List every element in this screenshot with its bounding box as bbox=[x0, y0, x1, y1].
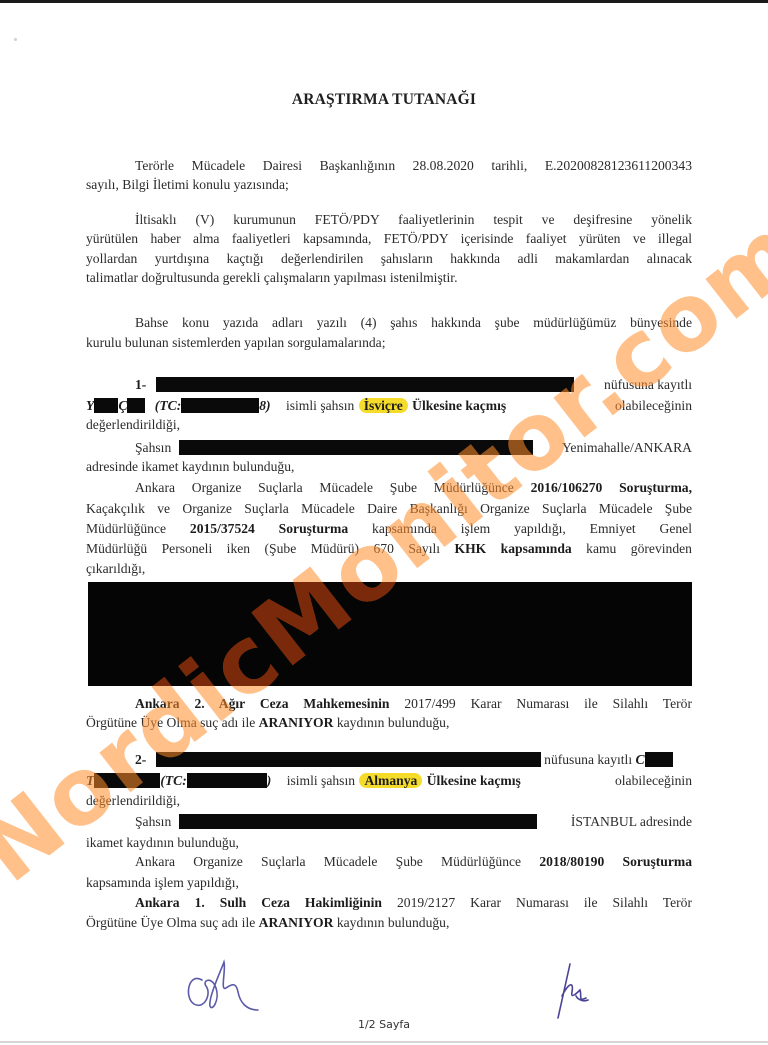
khk-text: KHK kapsamında bbox=[455, 541, 572, 556]
name-initial: C bbox=[636, 752, 645, 767]
redaction bbox=[179, 440, 533, 455]
person1-address: Şahsın Yenimahalle/ANKARA bbox=[135, 439, 692, 456]
case-number: 2016/106270 Soruşturma bbox=[531, 480, 689, 495]
person2-line-1: 2- nüfusuna kayıtlı C bbox=[135, 751, 703, 768]
court-name: Ankara 1. Sulh Ceza Hakimliğinin bbox=[135, 895, 382, 910]
para2-line-2: yürütülen haber alma faaliyetleri kapsam… bbox=[86, 230, 692, 247]
text: 2017/499 Karar Numarası ile Silahlı Terö… bbox=[404, 696, 692, 711]
text: kaydının bulunduğu, bbox=[337, 715, 450, 730]
redaction bbox=[181, 398, 259, 413]
person2-registry: nüfusuna kayıtlı bbox=[544, 752, 632, 767]
text: Örgütüne Üye Olma suç adı ile bbox=[86, 715, 255, 730]
name-initial: Ç bbox=[118, 398, 127, 413]
person2-line-2: T(TC:) isimli şahsın Almanya Ülkesine ka… bbox=[86, 772, 692, 789]
court-name: Ankara 2. Ağır Ceza Mahkemesinin bbox=[135, 696, 389, 711]
para2-line-1: İltisaklı (V) kurumunun FETÖ/PDY faaliye… bbox=[135, 211, 692, 228]
person1-line-2: YÇ (TC:8) isimli şahsın İsviçre Ülkesine… bbox=[86, 397, 692, 414]
text: kamu görevinden bbox=[586, 541, 692, 556]
address-tail: Yenimahalle/ANKARA bbox=[562, 439, 692, 456]
para3-line-1: Bahse konu yazıda adları yazılı (4) şahı… bbox=[135, 314, 692, 331]
redaction bbox=[187, 773, 267, 788]
intro-line-2: sayılı, Bilgi İletimi konulu yazısında; bbox=[86, 176, 289, 193]
highlight-country: İsviçre bbox=[359, 398, 408, 413]
redaction bbox=[179, 814, 537, 829]
intro-line-1: Terörle Mücadele Dairesi Başkanlığının 2… bbox=[86, 157, 692, 174]
person1-line-1: 1- nüfusuna kayıtlı bbox=[135, 376, 692, 393]
page-number: 1/2 Sayfa bbox=[0, 1018, 768, 1031]
person1-address-line-2: adresinde ikamet kaydının bulunduğu, bbox=[86, 458, 294, 475]
address-label: Şahsın bbox=[135, 440, 171, 455]
person1-court-2: Örgütüne Üye Olma suç adı ile ARANIYOR k… bbox=[86, 714, 449, 731]
para3-line-2: kurulu bulunan sistemlerden yapılan sorg… bbox=[86, 334, 386, 351]
bottom-border bbox=[0, 1041, 768, 1043]
watermark-over-redaction: NordicMonitor.com bbox=[88, 582, 692, 686]
person1-investigation-1: Ankara Organize Suçlarla Mücadele Şube M… bbox=[135, 479, 692, 496]
country-suffix: Ülkesine kaçmış bbox=[412, 398, 506, 413]
redaction bbox=[94, 773, 160, 788]
text: Ankara Organize Suçlarla Mücadele Şube M… bbox=[135, 480, 514, 495]
person2-court-1: Ankara 1. Sulh Ceza Hakimliğinin 2019/21… bbox=[135, 894, 692, 911]
tc-tail: 8) bbox=[259, 398, 270, 413]
named-person-text: isimli şahsın bbox=[287, 773, 355, 788]
signature-left bbox=[182, 958, 282, 1020]
redaction bbox=[156, 377, 574, 392]
person2-investigation-2: kapsamında işlem yapıldığı, bbox=[86, 874, 239, 891]
person2-address-line-2: ikamet kaydının bulunduğu, bbox=[86, 834, 239, 851]
person2-investigation-1: Ankara Organize Suçlarla Mücadele Şube M… bbox=[135, 853, 692, 870]
person1-registry: nüfusuna kayıtlı bbox=[604, 376, 692, 393]
redaction bbox=[645, 752, 673, 767]
person1-investigation-4: Müdürlüğü Personeli iken (Şube Müdürü) 6… bbox=[86, 540, 692, 557]
tc-label: (TC: bbox=[160, 773, 186, 788]
name-initial: T bbox=[86, 773, 94, 788]
wanted-status: ARANIYOR bbox=[259, 915, 334, 930]
signature-right bbox=[548, 962, 598, 1022]
person1-number: 1- bbox=[135, 377, 146, 392]
person1-court-1: Ankara 2. Ağır Ceza Mahkemesinin 2017/49… bbox=[135, 695, 692, 712]
redaction bbox=[127, 398, 145, 413]
text: , bbox=[689, 480, 692, 495]
case-number: 2018/80190 Soruşturma bbox=[539, 854, 692, 869]
text: Ankara Organize Suçlarla Mücadele Şube M… bbox=[135, 854, 521, 869]
text: 2019/2127 Karar Numarası ile Silahlı Ter… bbox=[397, 895, 692, 910]
highlight-country: Almanya bbox=[359, 773, 422, 788]
address-label: Şahsın bbox=[135, 814, 171, 829]
country-suffix: Ülkesine kaçmış bbox=[427, 773, 521, 788]
redaction bbox=[156, 752, 541, 767]
person1-evaluated: değerlendirildiği, bbox=[86, 416, 180, 433]
person1-investigation-3: Müdürlüğünce 2015/37524 Soruşturma kapsa… bbox=[86, 520, 692, 537]
tail-text: olabileceğinin bbox=[615, 397, 692, 414]
text: kapsamında işlem yapıldığı, Emniyet Gene… bbox=[372, 521, 692, 536]
named-person-text: isimli şahsın bbox=[286, 398, 354, 413]
person2-court-2: Örgütüne Üye Olma suç adı ile ARANIYOR k… bbox=[86, 914, 449, 931]
para2-line-3: yollardan yurtdışına kaçtığı değerlendir… bbox=[86, 250, 692, 267]
tc-tail: ) bbox=[267, 773, 272, 788]
address-tail: İSTANBUL adresinde bbox=[571, 813, 692, 830]
person1-investigation-5: çıkarıldığı, bbox=[86, 560, 145, 577]
tc-label: (TC: bbox=[155, 398, 181, 413]
name-initial: Y bbox=[86, 398, 94, 413]
document-page: ARAŞTIRMA TUTANAĞI Terörle Mücadele Dair… bbox=[0, 0, 768, 1045]
page-title: ARAŞTIRMA TUTANAĞI bbox=[0, 91, 768, 109]
text: Örgütüne Üye Olma suç adı ile bbox=[86, 915, 255, 930]
para2-line-4: talimatlar doğrultusunda gerekli çalışma… bbox=[86, 269, 457, 286]
person1-investigation-2: Kaçakçılık ve Organize Suçlarla Mücadele… bbox=[86, 500, 692, 517]
person2-number: 2- bbox=[135, 752, 146, 767]
redaction bbox=[94, 398, 118, 413]
text: kaydının bulunduğu, bbox=[337, 915, 450, 930]
text: Müdürlüğü Personeli iken (Şube Müdürü) 6… bbox=[86, 541, 440, 556]
tail-text: olabileceğinin bbox=[615, 772, 692, 789]
case-number: 2015/37524 Soruşturma bbox=[190, 521, 348, 536]
watermark: NordicMonitor.com bbox=[88, 582, 692, 686]
text: Müdürlüğünce bbox=[86, 521, 166, 536]
person2-evaluated: değerlendirildiği, bbox=[86, 792, 180, 809]
wanted-status: ARANIYOR bbox=[259, 715, 334, 730]
person2-address: Şahsın İSTANBUL adresinde bbox=[135, 813, 692, 830]
